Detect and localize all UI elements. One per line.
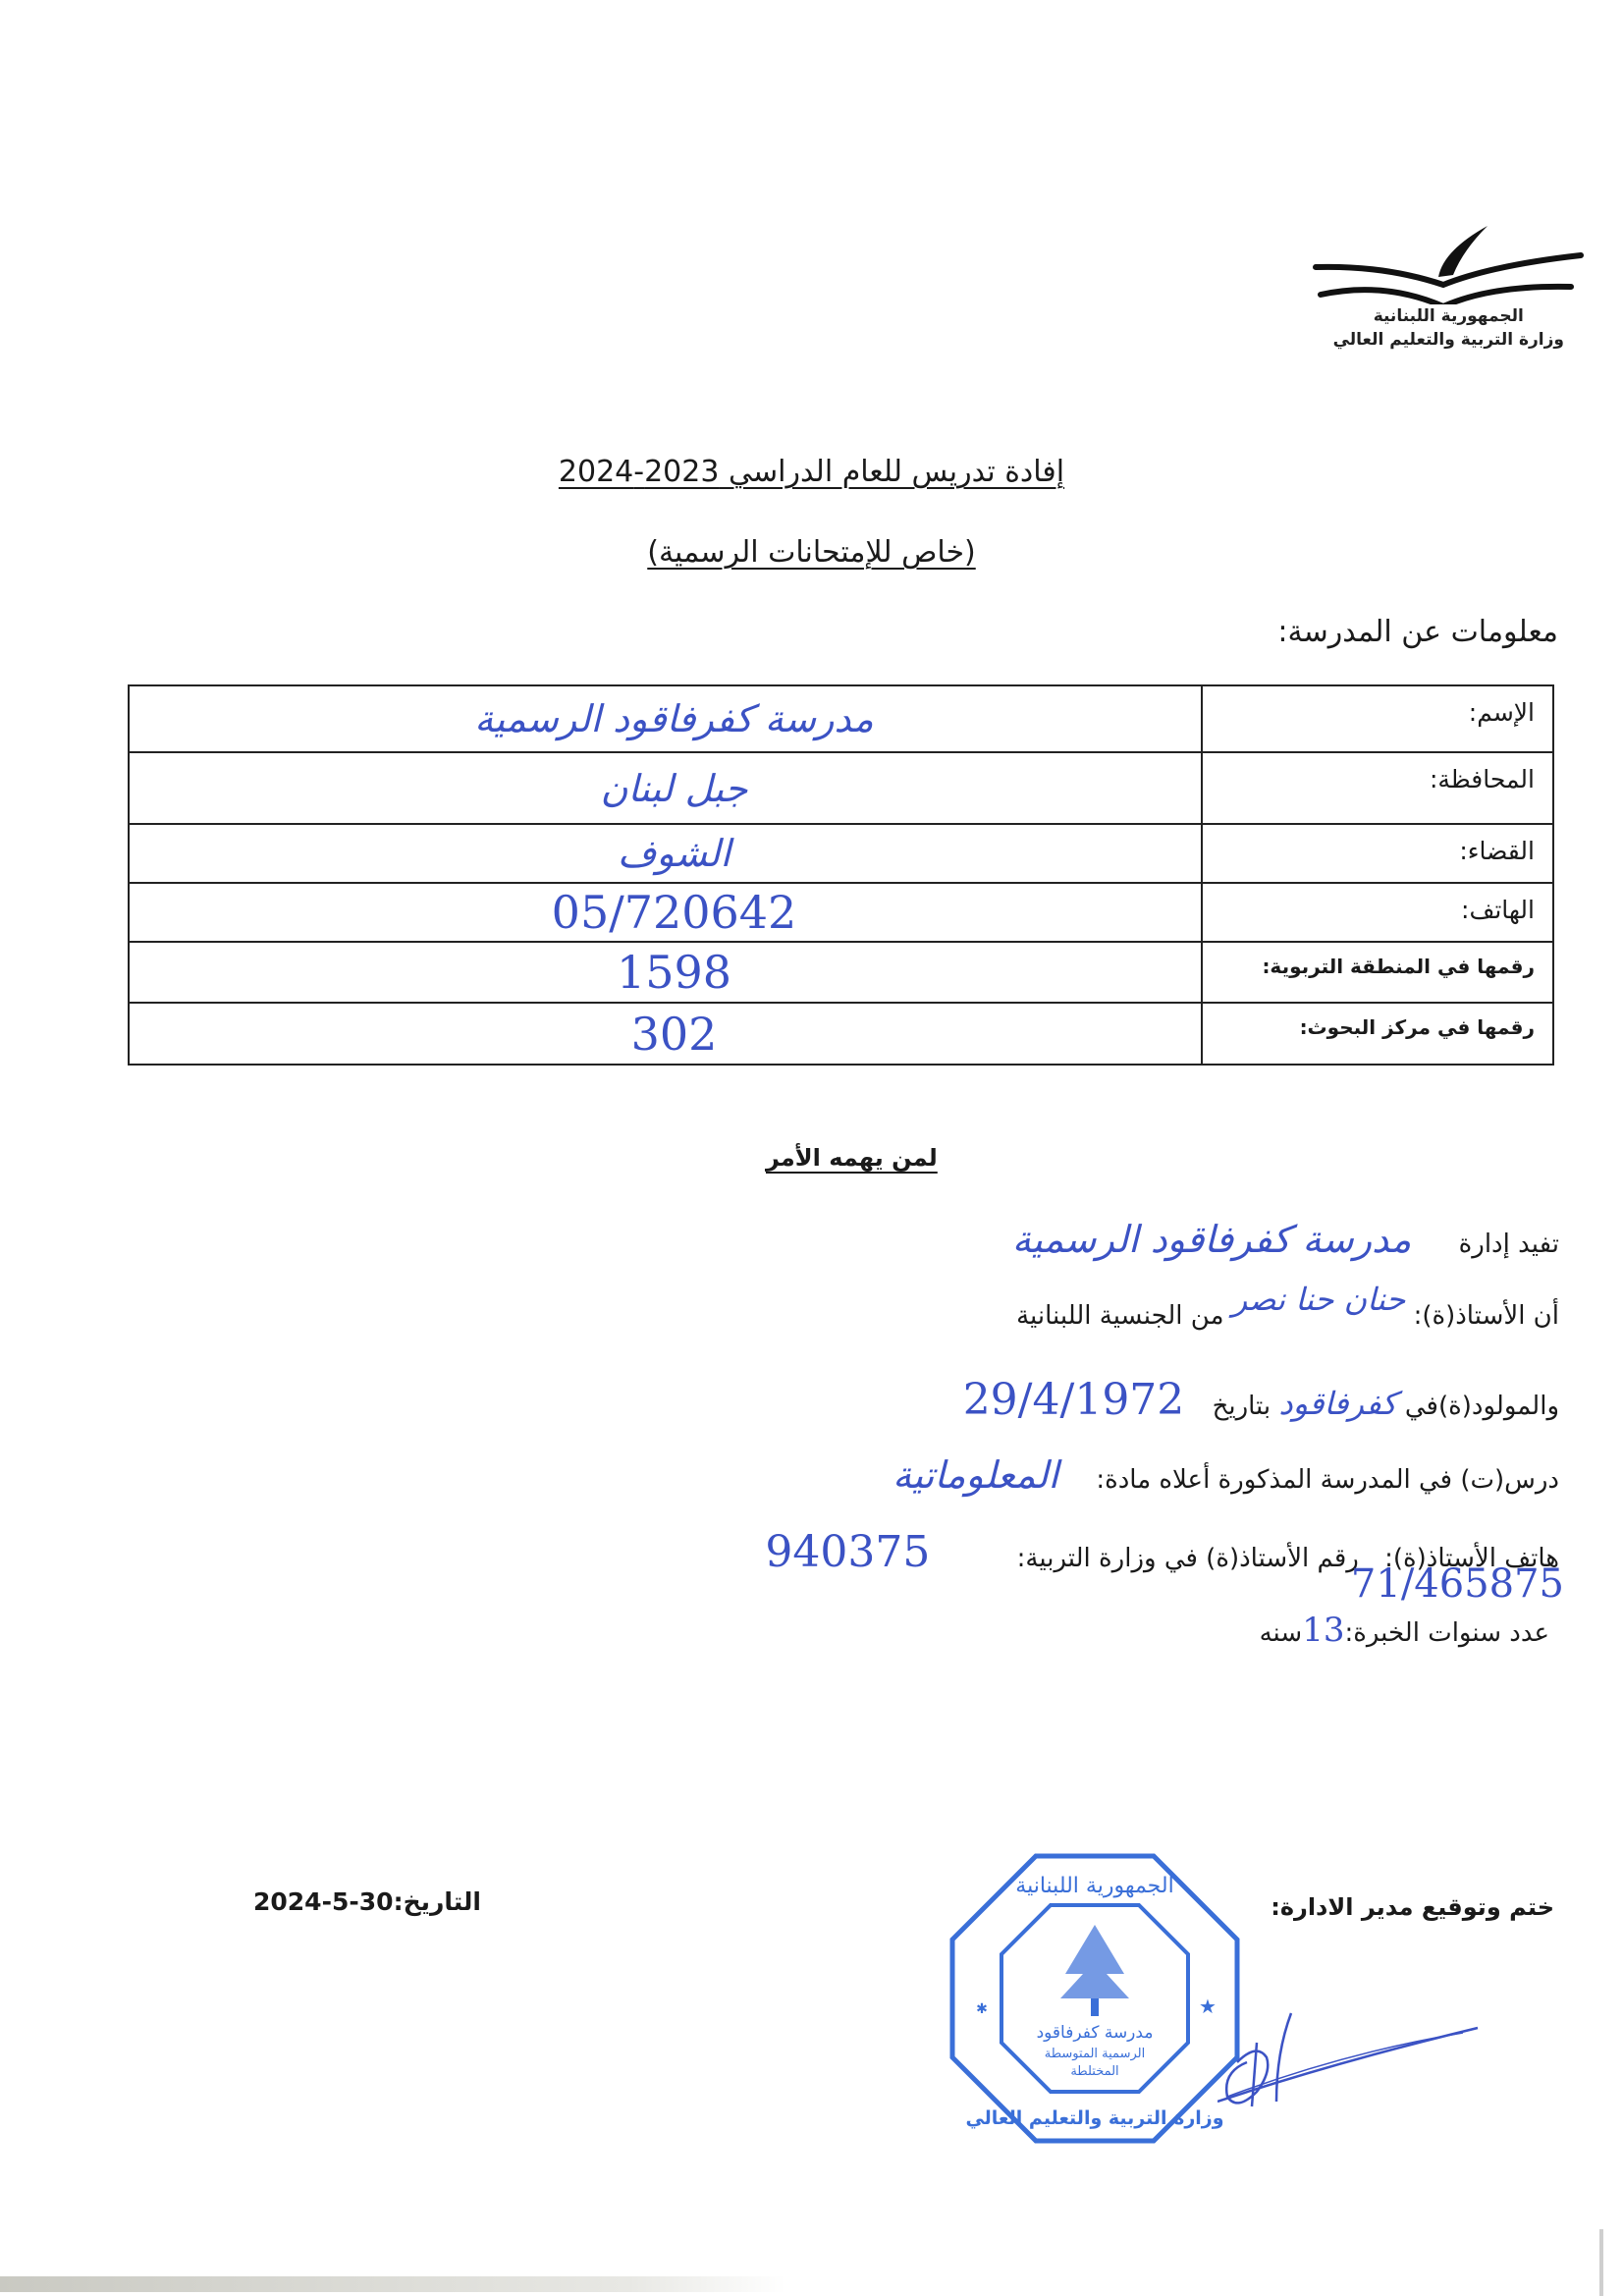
row-label-phone: الهاتف:	[1202, 883, 1553, 942]
school-admin-label: تفيد إدارة	[1459, 1230, 1559, 1259]
certificate-line-school: تفيد إدارة مدرسة كفرفاقود الرسمية	[1012, 1218, 1559, 1261]
school-info-table: الإسم: مدرسة كفرفاقود الرسمية المحافظة: …	[128, 684, 1554, 1066]
certificate-line-subject: درس(ت) في المدرسة المذكورة أعلاه مادة: ا…	[893, 1453, 1559, 1497]
teacher-phone-handwritten: 71/465875	[1351, 1561, 1564, 1607]
experience-label: عدد سنوات الخبرة:	[1344, 1618, 1549, 1648]
stamp-signature-label: ختم وتوقيع مدير الادارة:	[1271, 1893, 1554, 1921]
teacher-label: أن الأستاذ(ة):	[1414, 1301, 1559, 1331]
subject-label: درس(ت) في المدرسة المذكورة أعلاه مادة:	[1096, 1465, 1559, 1495]
table-row: المحافظة: جبل لبنان	[129, 752, 1553, 824]
school-info-heading: معلومات عن المدرسة:	[1277, 615, 1558, 649]
certificate-line-teacher: أن الأستاذ(ة): حنان حنا نصر من الجنسية ا…	[1016, 1294, 1559, 1332]
row-label-name: الإسم:	[1202, 685, 1553, 752]
teacher-ministry-id-label: رقم الأستاذ(ة) في وزارة التربية:	[1017, 1544, 1359, 1573]
director-signature-icon	[1217, 2003, 1483, 2111]
nationality-text: من الجنسية اللبنانية	[1016, 1301, 1223, 1331]
document-title: إفادة تدريس للعام الدراسي 2023-2024	[0, 455, 1623, 489]
table-row: الهاتف: 05/720642	[129, 883, 1553, 942]
table-row: رقمها في مركز البحوث: 302	[129, 1003, 1553, 1065]
subject-handwritten: المعلوماتية	[893, 1453, 1058, 1497]
row-label-edu-zone-number: رقمها في المنطقة التربوية:	[1202, 942, 1553, 1003]
table-row: القضاء: الشوف	[129, 824, 1553, 883]
ministry-logo-icon	[1296, 216, 1600, 304]
svg-text:الرسمية المتوسطة: الرسمية المتوسطة	[1045, 2047, 1145, 2061]
school-stamp-icon: مدرسة كفرفاقود الرسمية المتوسطة المختلطة…	[947, 1851, 1242, 2146]
row-value-phone: 05/720642	[129, 883, 1202, 942]
born-in-label: والمولود(ة)في	[1405, 1392, 1559, 1421]
svg-text:★: ★	[1199, 1995, 1217, 2018]
teacher-name-handwritten: حنان حنا نصر	[1232, 1281, 1406, 1318]
row-label-governorate: المحافظة:	[1202, 752, 1553, 824]
svg-text:مدرسة كفرفاقود: مدرسة كفرفاقود	[1037, 2023, 1154, 2043]
date-value: 30-5-2024	[253, 1887, 394, 1916]
svg-text:✱: ✱	[976, 2001, 988, 2017]
row-value-name: مدرسة كفرفاقود الرسمية	[129, 685, 1202, 752]
date-label: التاريخ:	[394, 1887, 481, 1916]
to-whom-heading: لمن يهمه الأمر	[766, 1144, 938, 1172]
svg-text:المختلطة: المختلطة	[1070, 2064, 1118, 2079]
certificate-line-experience: عدد سنوات الخبرة:13سنه	[1260, 1611, 1549, 1650]
row-label-district: القضاء:	[1202, 824, 1553, 883]
ministry-name: وزارة التربية والتعليم العالي	[1333, 328, 1564, 352]
date-label: بتاريخ	[1213, 1392, 1271, 1421]
years-unit: سنه	[1260, 1618, 1303, 1648]
country-name: الجمهورية اللبنانية	[1333, 304, 1564, 328]
table-row: الإسم: مدرسة كفرفاقود الرسمية	[129, 685, 1553, 752]
school-name-handwritten: مدرسة كفرفاقود الرسمية	[1012, 1218, 1412, 1261]
svg-text:وزارة التربية والتعليم العالي: وزارة التربية والتعليم العالي	[965, 2107, 1223, 2129]
scan-edge-right	[1599, 2229, 1603, 2296]
birth-place-handwritten: كفرفاقود	[1278, 1385, 1396, 1422]
svg-text:الجمهورية اللبنانية: الجمهورية اللبنانية	[1015, 1874, 1173, 1898]
document-subtitle: (خاص للإمتحانات الرسمية)	[0, 535, 1623, 570]
row-value-edu-zone-number: 1598	[129, 942, 1202, 1003]
row-value-district: الشوف	[129, 824, 1202, 883]
document-date: التاريخ:30-5-2024	[253, 1887, 481, 1916]
scan-edge-shadow	[0, 2276, 785, 2292]
row-value-research-center-number: 302	[129, 1003, 1202, 1065]
birth-date-handwritten: 29/4/1972	[963, 1375, 1185, 1425]
table-row: رقمها في المنطقة التربوية: 1598	[129, 942, 1553, 1003]
certificate-line-birth: والمولود(ة)في كفرفاقود بتاريخ 29/4/1972	[963, 1375, 1559, 1425]
experience-years-handwritten: 13	[1302, 1611, 1344, 1650]
teacher-ministry-id-handwritten: 940375	[765, 1527, 930, 1577]
row-label-research-center-number: رقمها في مركز البحوث:	[1202, 1003, 1553, 1065]
row-value-governorate: جبل لبنان	[129, 752, 1202, 824]
ministry-header: الجمهورية اللبنانية وزارة التربية والتعل…	[1333, 304, 1564, 352]
